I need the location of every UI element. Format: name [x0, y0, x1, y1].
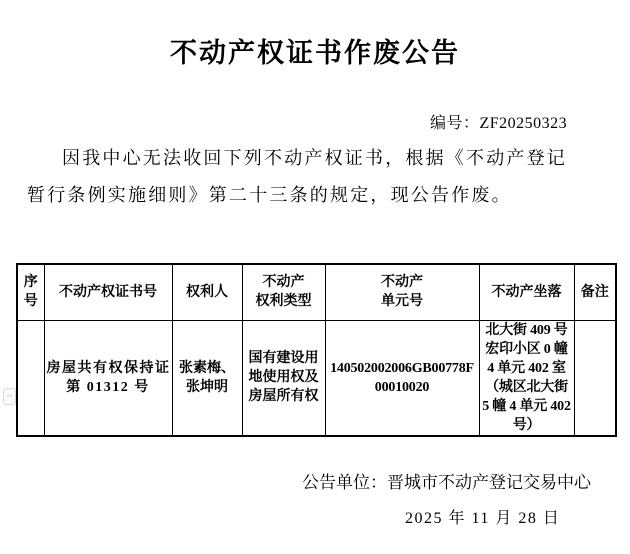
col-header-right-type: 不动产 权利类型 — [242, 264, 325, 320]
cell-right-type: 国有建设用 地使用权及 房屋所有权 — [242, 320, 325, 436]
table-row: 房屋共有权保持证 第 01312 号 张素梅、 张坤明 国有建设用 地使用权及 … — [17, 320, 616, 436]
stray-mark-icon: ~ — [3, 388, 16, 405]
col-header-seq: 序 号 — [17, 264, 44, 320]
col-header-location: 不动产坐落 — [479, 264, 574, 320]
page-title: 不动产权证书作废公告 — [0, 31, 630, 70]
col-header-holder: 权利人 — [172, 264, 242, 320]
body-text-line-1: 因我中心无法收回下列不动产权证书，根据《不动产登记 — [62, 144, 567, 170]
cell-seq — [17, 320, 44, 436]
cell-holder: 张素梅、 张坤明 — [172, 320, 242, 436]
announcement-date: 2025 年 11 月 28 日 — [405, 505, 560, 528]
col-header-unit-no: 不动产 单元号 — [325, 264, 479, 320]
serial-number: 编号：ZF20250323 — [430, 110, 567, 133]
cell-remarks — [574, 320, 616, 436]
cell-unit-no: 140502002006GB00778F 00010020 — [325, 320, 479, 436]
announcement-document: 不动产权证书作废公告 编号：ZF20250323 因我中心无法收回下列不动产权证… — [0, 0, 630, 554]
body-text-line-2: 暂行条例实施细则》第二十三条的规定，现公告作废。 — [27, 181, 512, 207]
cell-location: 北大街 409 号 宏印小区 0 幢 4 单元 402 室 （城区北大街 5 幢… — [479, 320, 574, 436]
cell-cert-no: 房屋共有权保持证 第 01312 号 — [44, 320, 172, 436]
certificates-table: 序 号 不动产权证书号 权利人 不动产 权利类型 不动产 单元号 不动产坐落 备… — [16, 263, 617, 437]
col-header-remarks: 备注 — [574, 264, 616, 320]
table-header-row: 序 号 不动产权证书号 权利人 不动产 权利类型 不动产 单元号 不动产坐落 备… — [17, 264, 616, 320]
col-header-cert-no: 不动产权证书号 — [44, 264, 172, 320]
announcing-unit: 公告单位：晋城市不动产登记交易中心 — [302, 468, 591, 493]
